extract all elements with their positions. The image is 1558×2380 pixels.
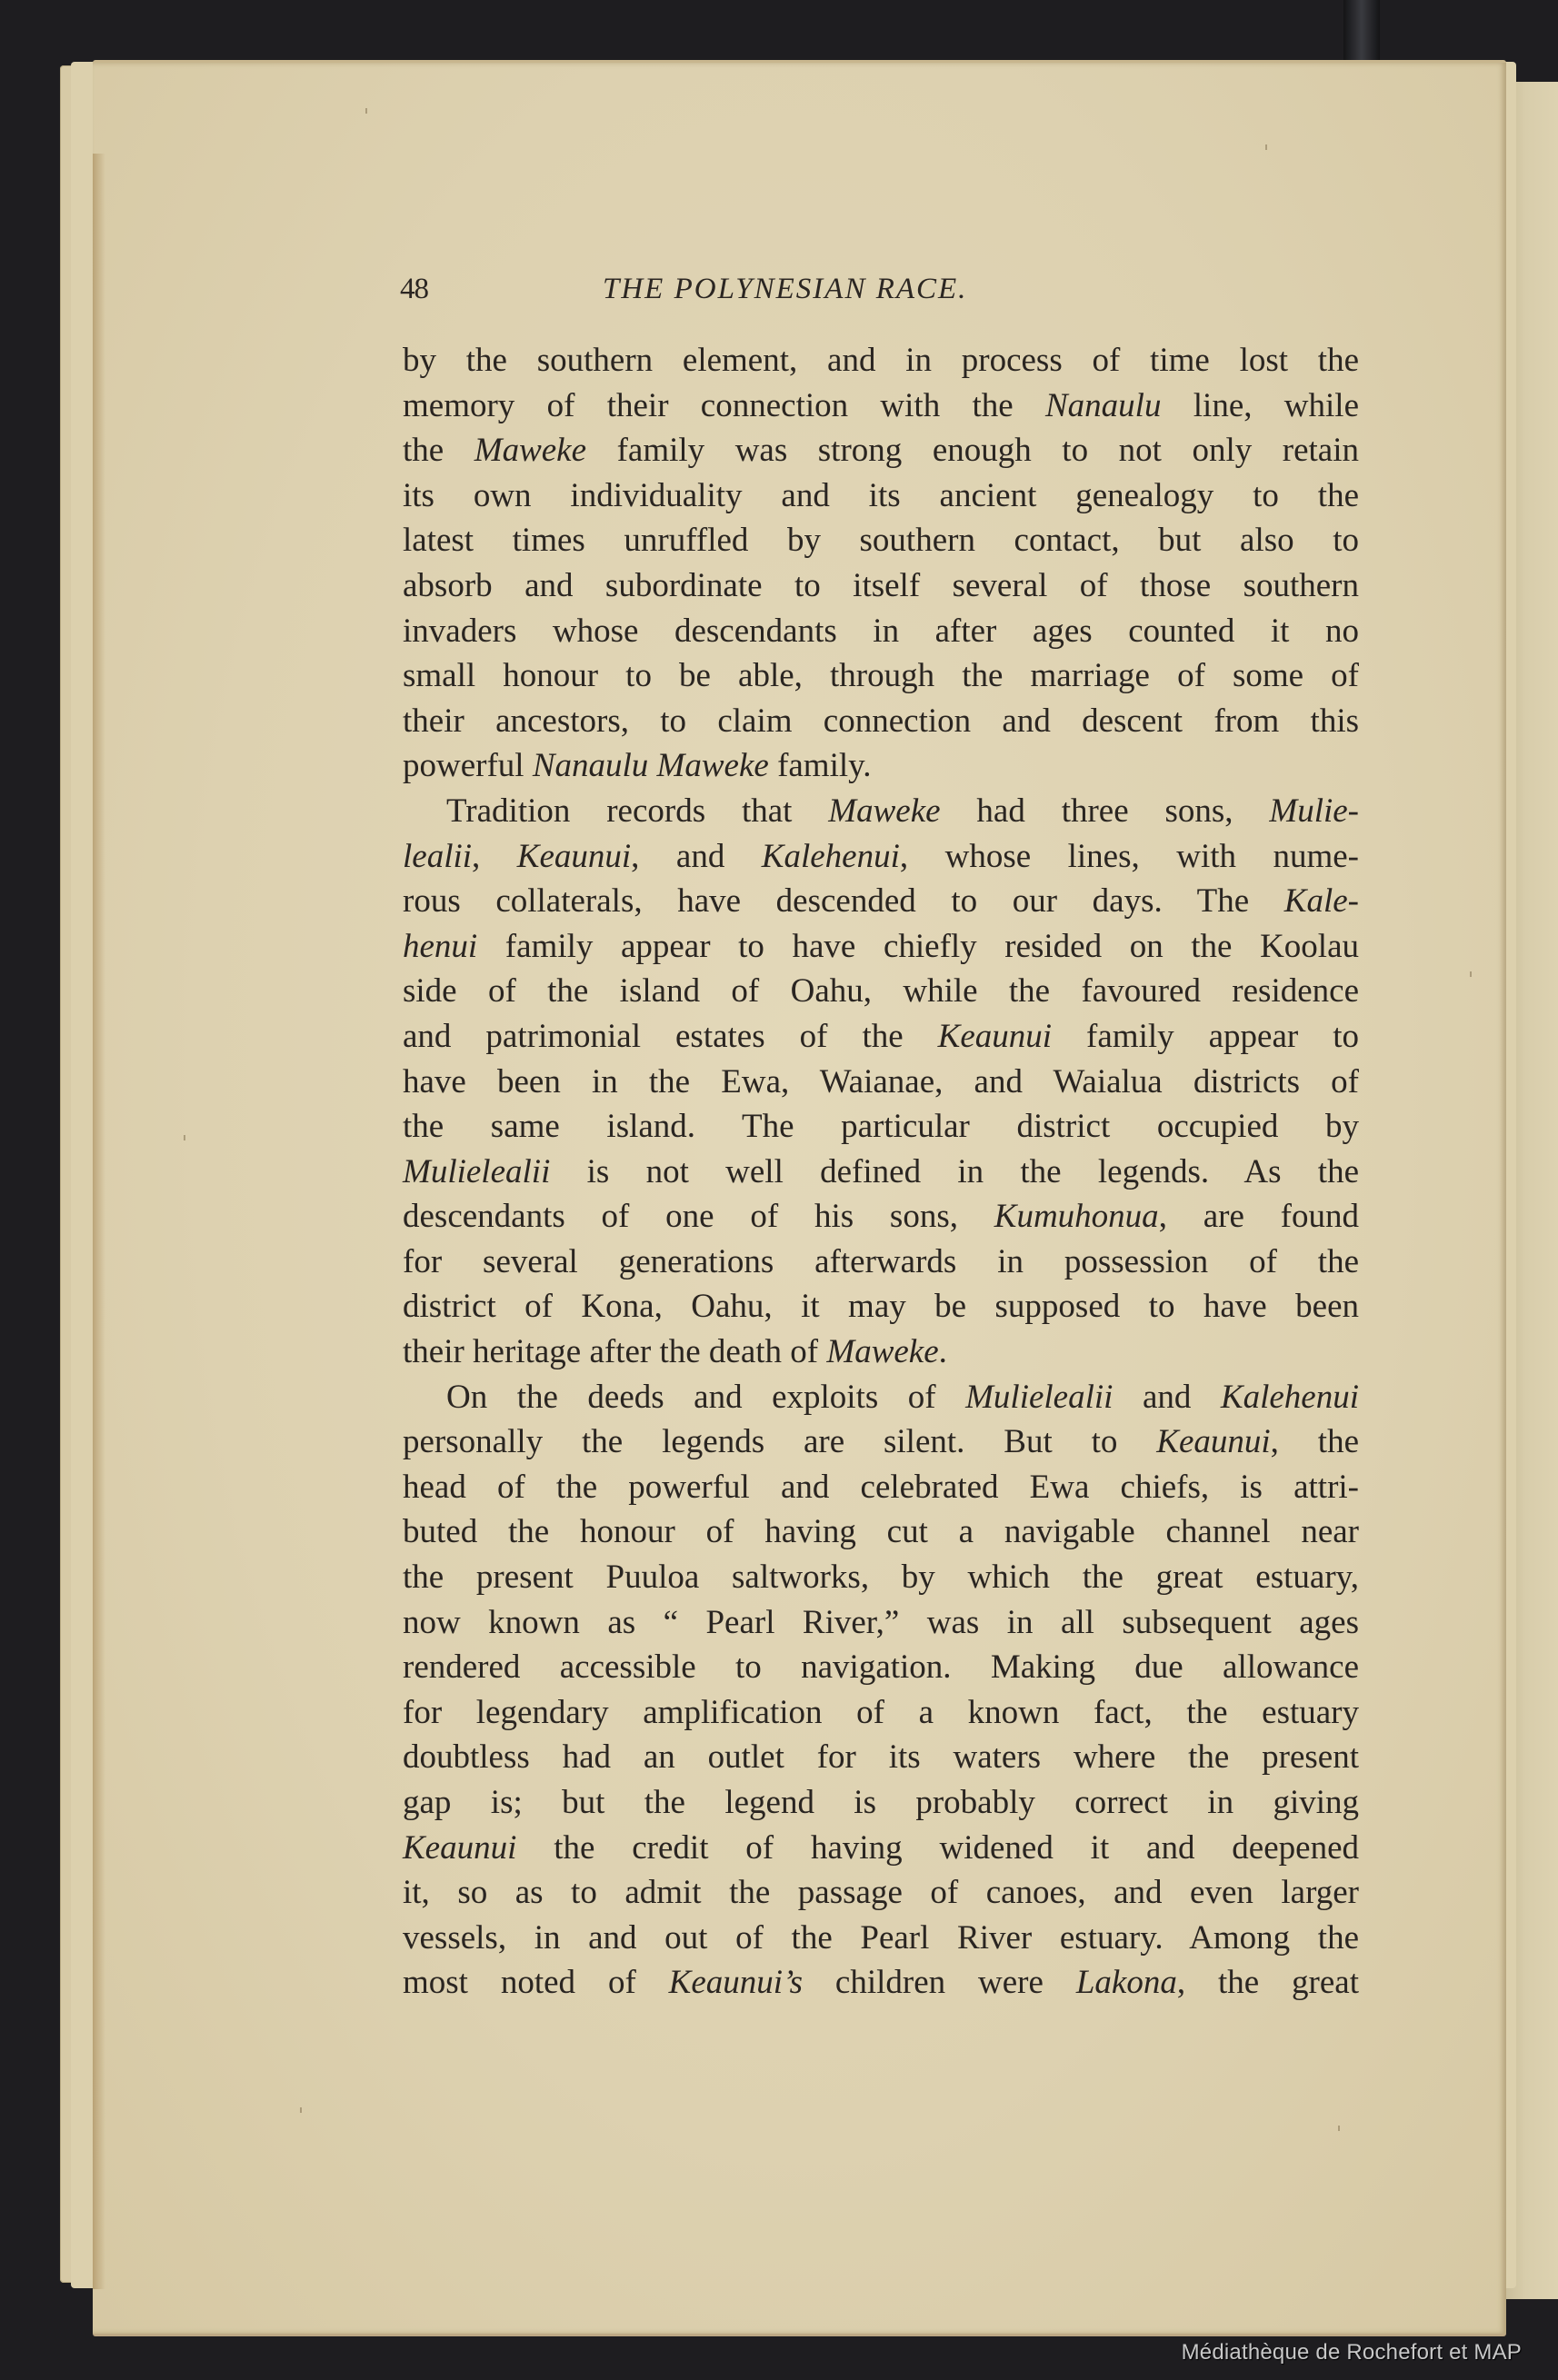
text-run: line, while <box>1161 387 1359 424</box>
text-line: and patrimonial estates of the Keaunui f… <box>403 1014 1359 1060</box>
text-run: doubtless had an outlet for its waters w… <box>403 1738 1359 1776</box>
text-run: now known as “ Pearl River,” was in all … <box>403 1604 1359 1641</box>
text-run: buted the honour of having cut a navigab… <box>403 1513 1359 1550</box>
page-edge-stain <box>93 154 105 2289</box>
italic-name: Keaunui <box>403 1829 516 1867</box>
italic-name: Keaunui <box>517 838 631 875</box>
page-number: 48 <box>400 273 428 306</box>
text-run: family appear to have chiefly resided on… <box>477 928 1359 965</box>
text-line: descendants of one of his sons, Kumuhonu… <box>403 1194 1359 1240</box>
text-line: Mulielealii is not well defined in the l… <box>403 1150 1359 1195</box>
paper-speck <box>365 108 367 114</box>
italic-name: Mulielealii <box>965 1379 1113 1416</box>
paper-speck <box>1470 971 1472 977</box>
text-run: and <box>1113 1379 1220 1416</box>
text-line: their ancestors, to claim connection and… <box>403 699 1359 744</box>
text-line: Keaunui the credit of having widened it … <box>403 1826 1359 1871</box>
paper-speck <box>1338 2126 1340 2131</box>
text-run: side of the island of Oahu, while the fa… <box>403 972 1359 1010</box>
text-run: , whose lines, with nume- <box>900 838 1359 875</box>
text-run: rous collaterals, have descended to our … <box>403 882 1284 920</box>
text-run: is not well defined in the legends. As t… <box>550 1153 1359 1190</box>
text-run: head of the powerful and celebrated Ewa … <box>403 1469 1359 1506</box>
text-run: for legendary amplification of a known f… <box>403 1694 1359 1731</box>
text-run: absorb and subordinate to itself several… <box>403 567 1359 604</box>
text-run: gap is; but the legend is probably corre… <box>403 1784 1359 1821</box>
italic-name: Lakona <box>1076 1964 1177 2001</box>
text-line: Tradition records that Maweke had three … <box>403 789 1359 834</box>
body-text: by the southern element, and in process … <box>403 338 1359 2006</box>
text-line: doubtless had an outlet for its waters w… <box>403 1735 1359 1780</box>
text-run: . <box>939 1333 947 1370</box>
text-run: the credit of having widened it and deep… <box>516 1829 1359 1867</box>
text-line: it, so as to admit the passage of canoes… <box>403 1870 1359 1916</box>
text-line: now known as “ Pearl River,” was in all … <box>403 1600 1359 1646</box>
text-line: the Maweke family was strong enough to n… <box>403 428 1359 473</box>
italic-name: Keaunui <box>1156 1423 1270 1460</box>
italic-name: Keaunui <box>938 1018 1052 1055</box>
italic-name: Nanaulu <box>1045 387 1161 424</box>
text-run: children were <box>803 1964 1076 2001</box>
text-line: rendered accessible to navigation. Makin… <box>403 1645 1359 1690</box>
paper-speck <box>1265 144 1267 150</box>
italic-name: henui <box>403 928 477 965</box>
text-run: On the deeds and exploits of <box>446 1379 965 1416</box>
text-run: vessels, in and out of the Pearl River e… <box>403 1919 1359 1957</box>
text-run: , the <box>1271 1423 1359 1460</box>
text-line: personally the legends are silent. But t… <box>403 1419 1359 1465</box>
italic-name: Kalehenui <box>1221 1379 1359 1416</box>
text-run: small honour to be able, through the mar… <box>403 657 1359 694</box>
text-line: side of the island of Oahu, while the fa… <box>403 969 1359 1014</box>
text-run: for several generations afterwards in po… <box>403 1243 1359 1280</box>
text-line: invaders whose descendants in after ages… <box>403 609 1359 654</box>
italic-name: Mulielealii <box>403 1153 550 1190</box>
text-line: for legendary amplification of a known f… <box>403 1690 1359 1736</box>
italic-name: Mulie- <box>1269 792 1359 830</box>
italic-name: Maweke <box>828 792 940 830</box>
text-line: rous collaterals, have descended to our … <box>403 879 1359 924</box>
text-run: family was strong enough to not only ret… <box>586 432 1359 469</box>
text-run: had three sons, <box>941 792 1270 830</box>
italic-name: Keaunui’s <box>669 1964 803 2001</box>
text-run: its own individuality and its ancient ge… <box>403 477 1359 514</box>
text-line: absorb and subordinate to itself several… <box>403 563 1359 609</box>
text-line: vessels, in and out of the Pearl River e… <box>403 1916 1359 1961</box>
text-line: for several generations afterwards in po… <box>403 1240 1359 1285</box>
text-run: personally the legends are silent. But t… <box>403 1423 1156 1460</box>
paper-speck <box>184 1135 185 1140</box>
text-line: gap is; but the legend is probably corre… <box>403 1780 1359 1826</box>
running-head: 48 THE POLYNESIAN RACE. <box>400 273 1363 318</box>
text-run: memory of their connection with the <box>403 387 1045 424</box>
book-binding-edge <box>1343 0 1380 60</box>
text-run: rendered accessible to navigation. Makin… <box>403 1648 1359 1686</box>
text-line: lealii, Keaunui, and Kalehenui, whose li… <box>403 834 1359 880</box>
paper-speck <box>300 2107 302 2113</box>
text-run: descendants of one of his sons, <box>403 1198 994 1235</box>
watermark-credit: Médiathèque de Rochefort et MAP <box>1182 2340 1522 2365</box>
text-line: On the deeds and exploits of Mulielealii… <box>403 1375 1359 1420</box>
text-run: , are found <box>1159 1198 1359 1235</box>
text-line: its own individuality and its ancient ge… <box>403 473 1359 519</box>
text-run: have been in the Ewa, Waianae, and Waial… <box>403 1063 1359 1100</box>
italic-name: Maweke <box>474 432 586 469</box>
italic-name: Nanaulu Maweke <box>533 747 769 784</box>
text-line: the present Puuloa saltworks, by which t… <box>403 1555 1359 1600</box>
text-run: family appear to <box>1052 1018 1359 1055</box>
italic-name: Kale- <box>1284 882 1359 920</box>
text-run: , and <box>631 838 762 875</box>
text-run: powerful <box>403 747 533 784</box>
text-line: latest times unruffled by southern conta… <box>403 518 1359 563</box>
running-title: THE POLYNESIAN RACE. <box>603 273 967 306</box>
text-run: the same island. The particular district… <box>403 1108 1359 1145</box>
text-line: have been in the Ewa, Waianae, and Waial… <box>403 1060 1359 1105</box>
italic-name: Kumuhonua <box>994 1198 1159 1235</box>
text-line: buted the honour of having cut a navigab… <box>403 1509 1359 1555</box>
text-run: the present Puuloa saltworks, by which t… <box>403 1558 1359 1596</box>
text-line: the same island. The particular district… <box>403 1104 1359 1150</box>
text-run: and patrimonial estates of the <box>403 1018 938 1055</box>
text-run: latest times unruffled by southern conta… <box>403 522 1359 559</box>
italic-name: Kalehenui <box>762 838 900 875</box>
text-run: Tradition records that <box>446 792 828 830</box>
text-run: , <box>472 838 517 875</box>
text-line: powerful Nanaulu Maweke family. <box>403 743 1359 789</box>
text-line: head of the powerful and celebrated Ewa … <box>403 1465 1359 1510</box>
text-line: most noted of Keaunui’s children were La… <box>403 1960 1359 2006</box>
text-run: it, so as to admit the passage of canoes… <box>403 1874 1359 1911</box>
text-run: by the southern element, and in process … <box>403 342 1359 379</box>
text-run: the <box>403 432 474 469</box>
text-line: their heritage after the death of Maweke… <box>403 1329 1359 1375</box>
text-run: family. <box>769 747 872 784</box>
italic-name: Maweke <box>826 1333 938 1370</box>
text-run: their heritage after the death of <box>403 1333 826 1370</box>
text-line: memory of their connection with the Nana… <box>403 383 1359 429</box>
text-run: district of Kona, Oahu, it may be suppos… <box>403 1288 1359 1325</box>
text-line: by the southern element, and in process … <box>403 338 1359 383</box>
text-line: small honour to be able, through the mar… <box>403 653 1359 699</box>
text-run: their ancestors, to claim connection and… <box>403 702 1359 740</box>
text-run: most noted of <box>403 1964 669 2001</box>
text-run: , the great <box>1177 1964 1359 2001</box>
text-line: henui family appear to have chiefly resi… <box>403 924 1359 970</box>
text-run: invaders whose descendants in after ages… <box>403 612 1359 650</box>
italic-name: lealii <box>403 838 472 875</box>
text-line: district of Kona, Oahu, it may be suppos… <box>403 1284 1359 1329</box>
